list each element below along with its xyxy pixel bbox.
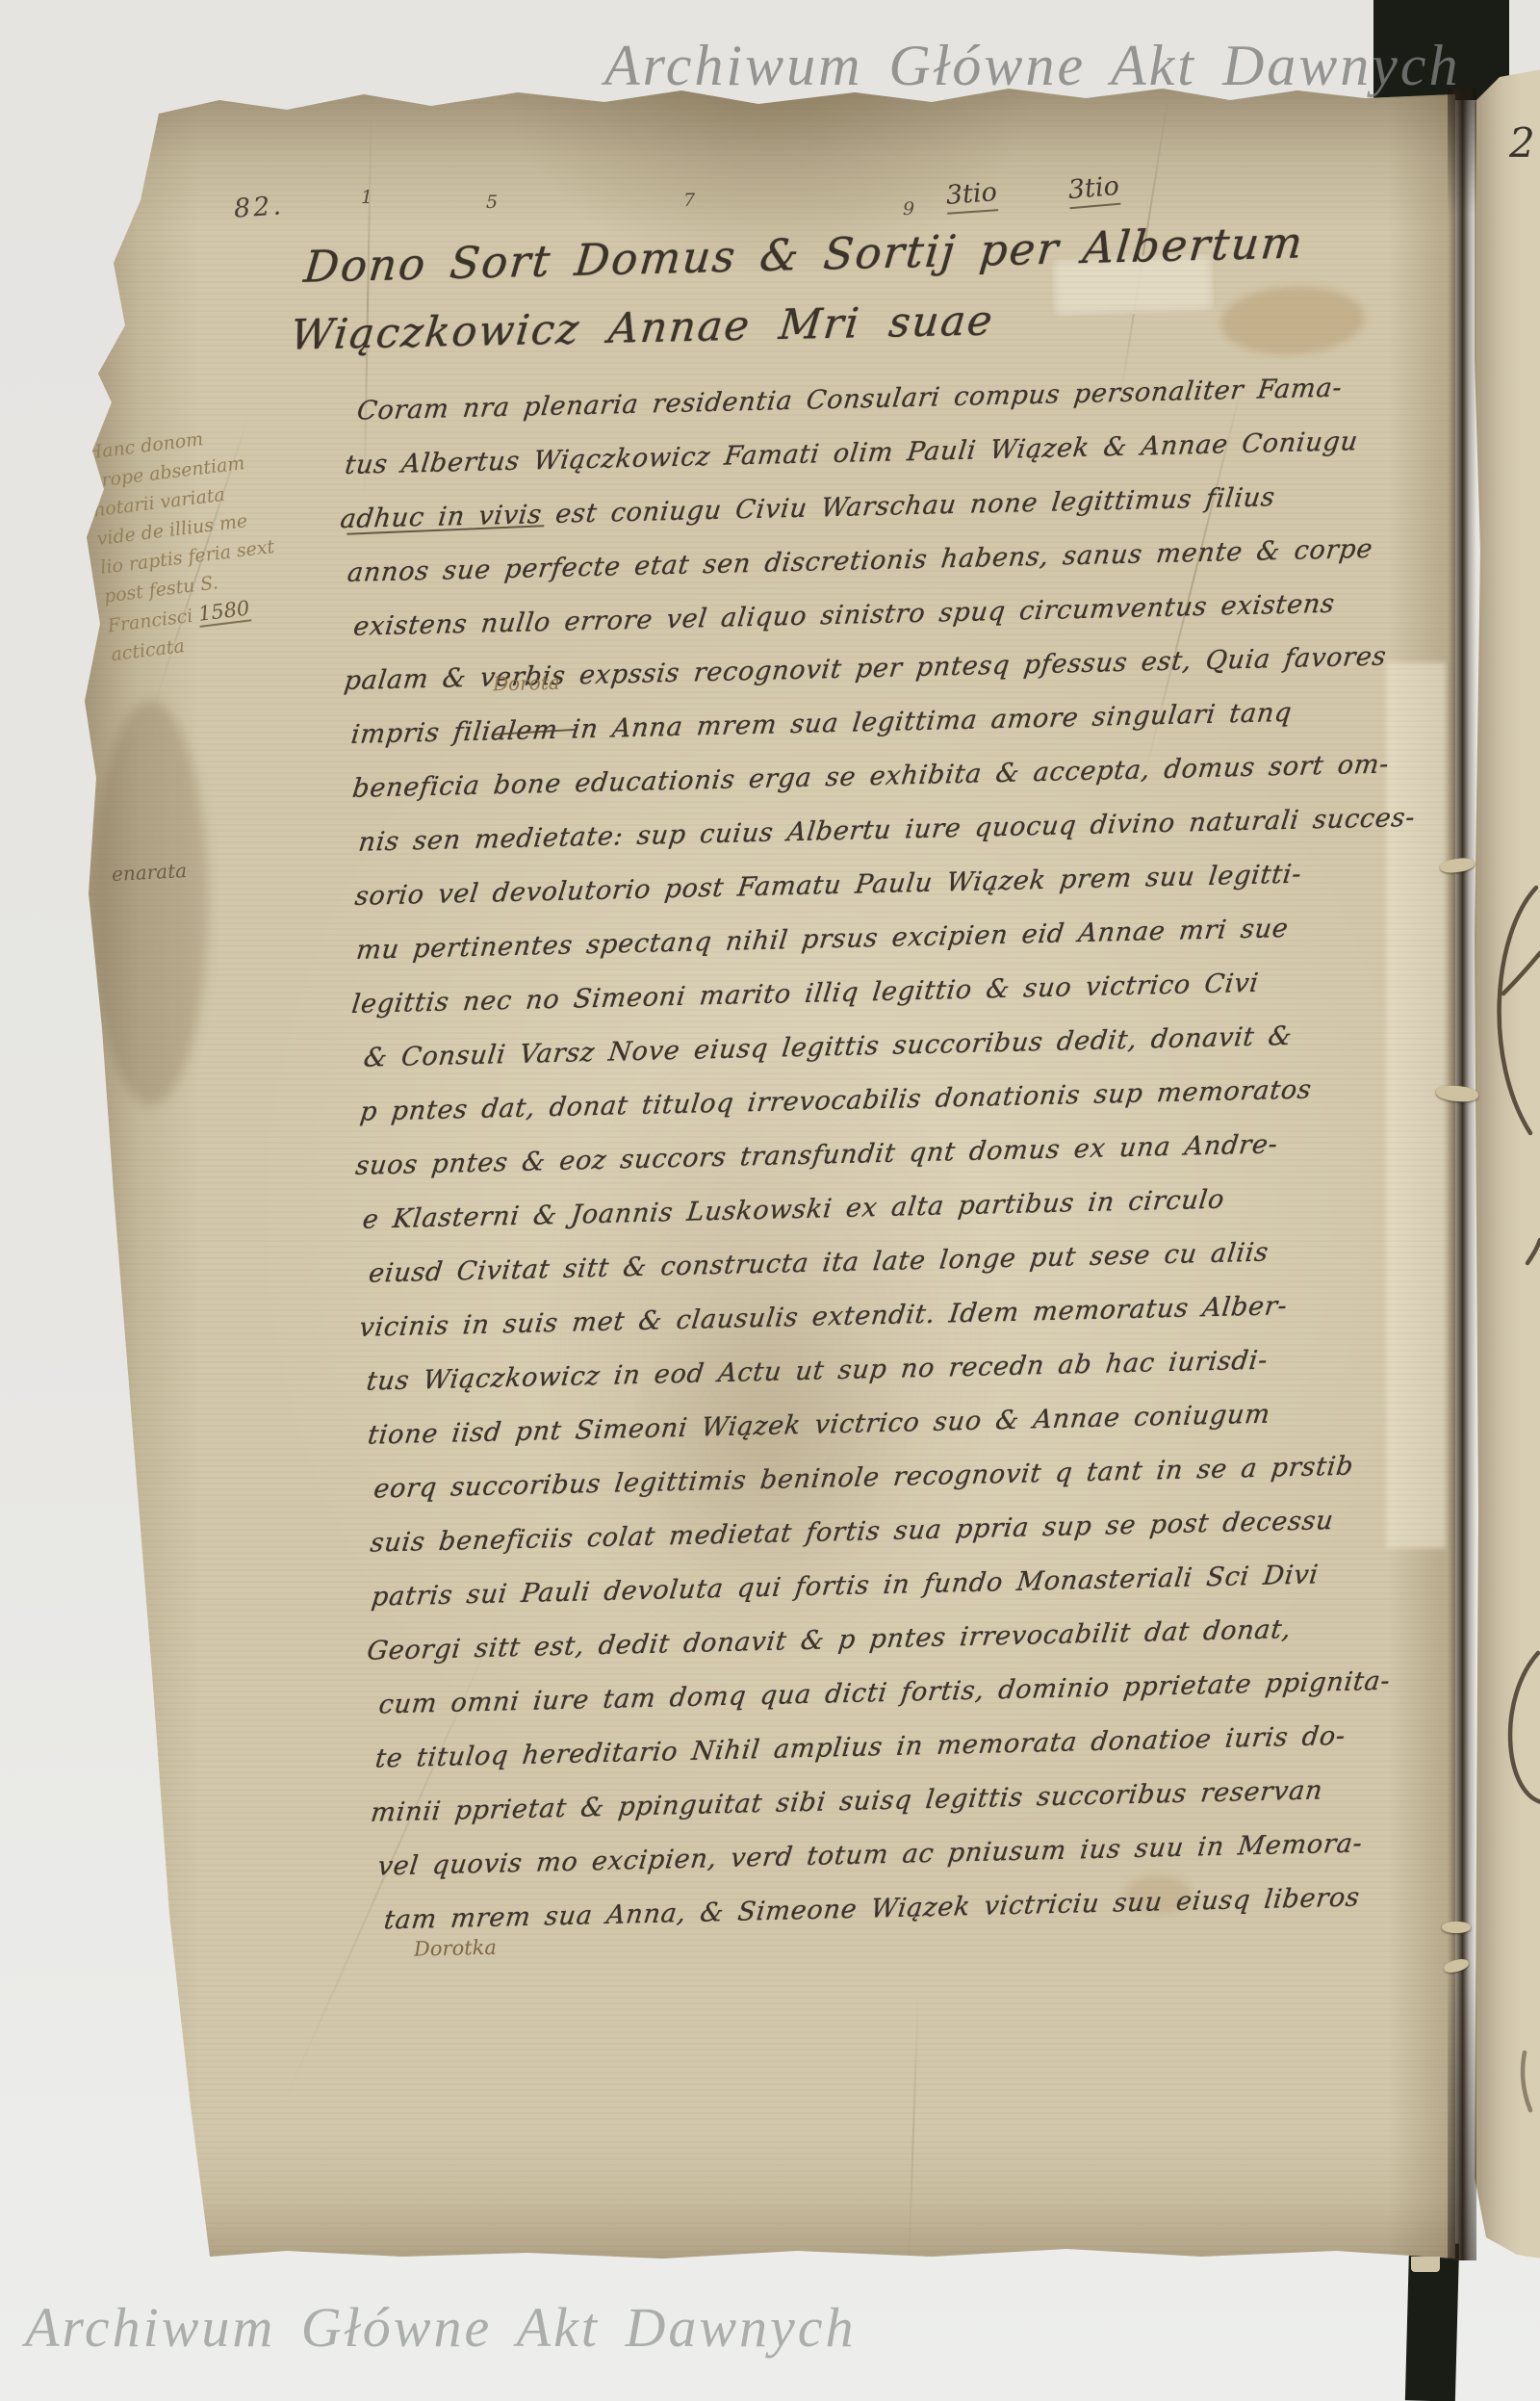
corner-mark: 7 [683, 190, 695, 211]
manuscript-text-block: Coram nra plenaria residentia Consulari … [342, 371, 1476, 1959]
manuscript-page: 82. 1 5 7 9 3tio 3tio Dono Sort Domus & … [85, 85, 1455, 2259]
corner-mark: 5 [486, 192, 498, 213]
tertio-mark: 3tio [945, 177, 998, 215]
facing-page-number: 2 [1509, 119, 1535, 167]
margin-note-year: 1580 [197, 597, 251, 628]
entry-title-line-2: Wiączkowicz Annae Mri suae [289, 297, 996, 359]
ink-smudge [1219, 283, 1366, 358]
binding-gutter [1448, 89, 1476, 2260]
margin-note: Hanc donom prope absentiam notarii varia… [85, 418, 287, 669]
binding-thread [1442, 1922, 1471, 1933]
corner-mark: 1 [361, 187, 372, 208]
interlinear-correction: Dorota [493, 671, 560, 696]
folio-number: 82. [233, 191, 285, 224]
margin-note-secondary: enarata [111, 859, 187, 886]
archive-watermark-bottom: Archiwum Główne Akt Dawnych [25, 2295, 857, 2360]
tertio-mark: 3tio [1067, 171, 1121, 209]
corner-mark: 9 [903, 198, 914, 219]
edge-soiling [92, 701, 208, 1105]
crease [908, 1991, 919, 2270]
archive-watermark-top: Archiwum Główne Akt Dawnych [604, 33, 1461, 99]
below-text-note: Dorotka [414, 1936, 497, 1961]
pen-flourish-strokes [1475, 69, 1540, 2259]
page-tab [1411, 2257, 1440, 2272]
scanned-document: Archiwum Główne Akt Dawnych Archiwum Głó… [0, 0, 1540, 2401]
facing-page: 2 [1475, 69, 1540, 2259]
